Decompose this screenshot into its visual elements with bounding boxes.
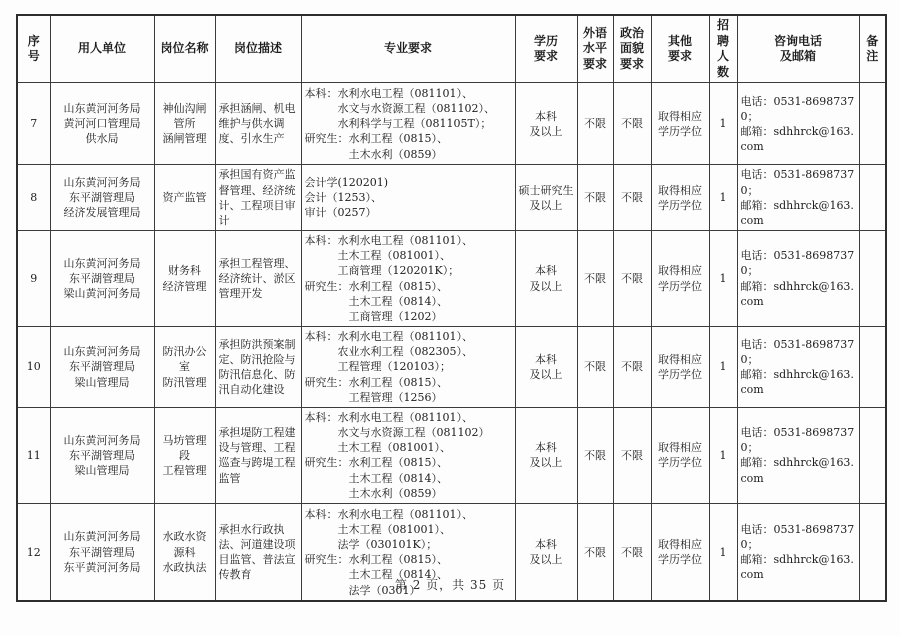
cell-majors: 会计学(120201) 会计（1253）、 审计（0257） xyxy=(301,165,515,231)
cell-position: 神仙沟闸管所 涵闸管理 xyxy=(154,83,215,165)
cell-headcount: 1 xyxy=(709,327,737,408)
cell-remark xyxy=(859,327,886,408)
col-header-other: 其他 要求 xyxy=(651,15,709,83)
recruitment-table: 序 号 用人单位 岗位名称 岗位描述 专业要求 学历 要求 外语 水平 要求 政… xyxy=(16,14,887,602)
col-header-majors: 专业要求 xyxy=(301,15,515,83)
table-row: 7 山东黄河河务局 黄河河口管理局 供水局 神仙沟闸管所 涵闸管理 承担涵闸、机… xyxy=(17,83,886,165)
cell-education: 本科 及以上 xyxy=(515,327,577,408)
cell-remark xyxy=(859,407,886,503)
cell-employer: 山东黄河河务局 东平湖管理局 梁山黄河河务局 xyxy=(50,231,154,327)
cell-seq: 11 xyxy=(17,407,50,503)
cell-foreign-language: 不限 xyxy=(577,231,613,327)
cell-description: 承担国有资产监督管理、经济统计、工程项目审计 xyxy=(215,165,301,231)
cell-education: 硕士研究生 及以上 xyxy=(515,165,577,231)
document-page: 序 号 用人单位 岗位名称 岗位描述 专业要求 学历 要求 外语 水平 要求 政… xyxy=(0,0,900,636)
cell-education: 本科 及以上 xyxy=(515,407,577,503)
cell-headcount: 1 xyxy=(709,83,737,165)
cell-employer: 山东黄河河务局 东平湖管理局 经济发展管理局 xyxy=(50,165,154,231)
col-header-political-status: 政治 面貌 要求 xyxy=(613,15,651,83)
cell-seq: 9 xyxy=(17,231,50,327)
cell-foreign-language: 不限 xyxy=(577,327,613,408)
cell-majors: 本科：水利水电工程（081101）、 土木工程（081001）、 工商管理（12… xyxy=(301,231,515,327)
cell-remark xyxy=(859,165,886,231)
cell-contact: 电话：0531-86987370； 邮箱：sdhhrck@163.com xyxy=(737,165,859,231)
cell-employer: 山东黄河河务局 东平湖管理局 梁山管理局 xyxy=(50,327,154,408)
cell-position: 资产监管 xyxy=(154,165,215,231)
cell-other: 取得相应 学历学位 xyxy=(651,165,709,231)
cell-foreign-language: 不限 xyxy=(577,83,613,165)
table-row: 10 山东黄河河务局 东平湖管理局 梁山管理局 防汛办公室 防汛管理 承担防洪预… xyxy=(17,327,886,408)
cell-majors: 本科：水利水电工程（081101）、 水文与水资源工程（081102） 土木工程… xyxy=(301,407,515,503)
col-header-employer: 用人单位 xyxy=(50,15,154,83)
cell-headcount: 1 xyxy=(709,231,737,327)
header-row: 序 号 用人单位 岗位名称 岗位描述 专业要求 学历 要求 外语 水平 要求 政… xyxy=(17,15,886,83)
table-row: 11 山东黄河河务局 东平湖管理局 梁山管理局 马坊管理段 工程管理 承担堤防工… xyxy=(17,407,886,503)
cell-contact: 电话：0531-86987370； 邮箱：sdhhrck@163.com xyxy=(737,407,859,503)
col-header-contact: 咨询电话 及邮箱 xyxy=(737,15,859,83)
cell-contact: 电话：0531-86987370； 邮箱：sdhhrck@163.com xyxy=(737,327,859,408)
cell-other: 取得相应 学历学位 xyxy=(651,231,709,327)
cell-majors: 本科：水利水电工程（081101）、 农业水利工程（082305）、 工程管理（… xyxy=(301,327,515,408)
cell-education: 本科 及以上 xyxy=(515,231,577,327)
col-header-seq: 序 号 xyxy=(17,15,50,83)
cell-seq: 10 xyxy=(17,327,50,408)
cell-political-status: 不限 xyxy=(613,165,651,231)
cell-other: 取得相应 学历学位 xyxy=(651,83,709,165)
col-header-foreign-language: 外语 水平 要求 xyxy=(577,15,613,83)
cell-employer: 山东黄河河务局 黄河河口管理局 供水局 xyxy=(50,83,154,165)
page-number-footer: 第 2 页，共 35 页 xyxy=(0,576,900,593)
cell-headcount: 1 xyxy=(709,407,737,503)
cell-other: 取得相应 学历学位 xyxy=(651,407,709,503)
col-header-remark: 备 注 xyxy=(859,15,886,83)
cell-foreign-language: 不限 xyxy=(577,407,613,503)
cell-employer: 山东黄河河务局 东平湖管理局 梁山管理局 xyxy=(50,407,154,503)
cell-remark xyxy=(859,83,886,165)
col-header-education: 学历 要求 xyxy=(515,15,577,83)
cell-other: 取得相应 学历学位 xyxy=(651,327,709,408)
cell-political-status: 不限 xyxy=(613,83,651,165)
cell-political-status: 不限 xyxy=(613,231,651,327)
cell-political-status: 不限 xyxy=(613,327,651,408)
table-row: 9 山东黄河河务局 东平湖管理局 梁山黄河河务局 财务科 经济管理 承担工程管理… xyxy=(17,231,886,327)
cell-education: 本科 及以上 xyxy=(515,83,577,165)
col-header-description: 岗位描述 xyxy=(215,15,301,83)
cell-political-status: 不限 xyxy=(613,407,651,503)
cell-description: 承担防洪预案制定、防汛抢险与防汛信息化、防汛自动化建设 xyxy=(215,327,301,408)
col-header-headcount: 招聘 人数 xyxy=(709,15,737,83)
col-header-position: 岗位名称 xyxy=(154,15,215,83)
cell-seq: 7 xyxy=(17,83,50,165)
table-row: 8 山东黄河河务局 东平湖管理局 经济发展管理局 资产监管 承担国有资产监督管理… xyxy=(17,165,886,231)
cell-description: 承担工程管理、经济统计、淤区管理开发 xyxy=(215,231,301,327)
cell-seq: 8 xyxy=(17,165,50,231)
cell-contact: 电话：0531-86987370； 邮箱：sdhhrck@163.com xyxy=(737,83,859,165)
cell-description: 承担堤防工程建设与管理、工程巡查与跨堤工程监管 xyxy=(215,407,301,503)
cell-position: 财务科 经济管理 xyxy=(154,231,215,327)
cell-headcount: 1 xyxy=(709,165,737,231)
cell-description: 承担涵闸、机电维护与供水调度、引水生产 xyxy=(215,83,301,165)
cell-contact: 电话：0531-86987370； 邮箱：sdhhrck@163.com xyxy=(737,231,859,327)
cell-position: 马坊管理段 工程管理 xyxy=(154,407,215,503)
cell-position: 防汛办公室 防汛管理 xyxy=(154,327,215,408)
cell-majors: 本科：水利水电工程（081101）、 水文与水资源工程（081102）、 水利科… xyxy=(301,83,515,165)
cell-foreign-language: 不限 xyxy=(577,165,613,231)
cell-remark xyxy=(859,231,886,327)
